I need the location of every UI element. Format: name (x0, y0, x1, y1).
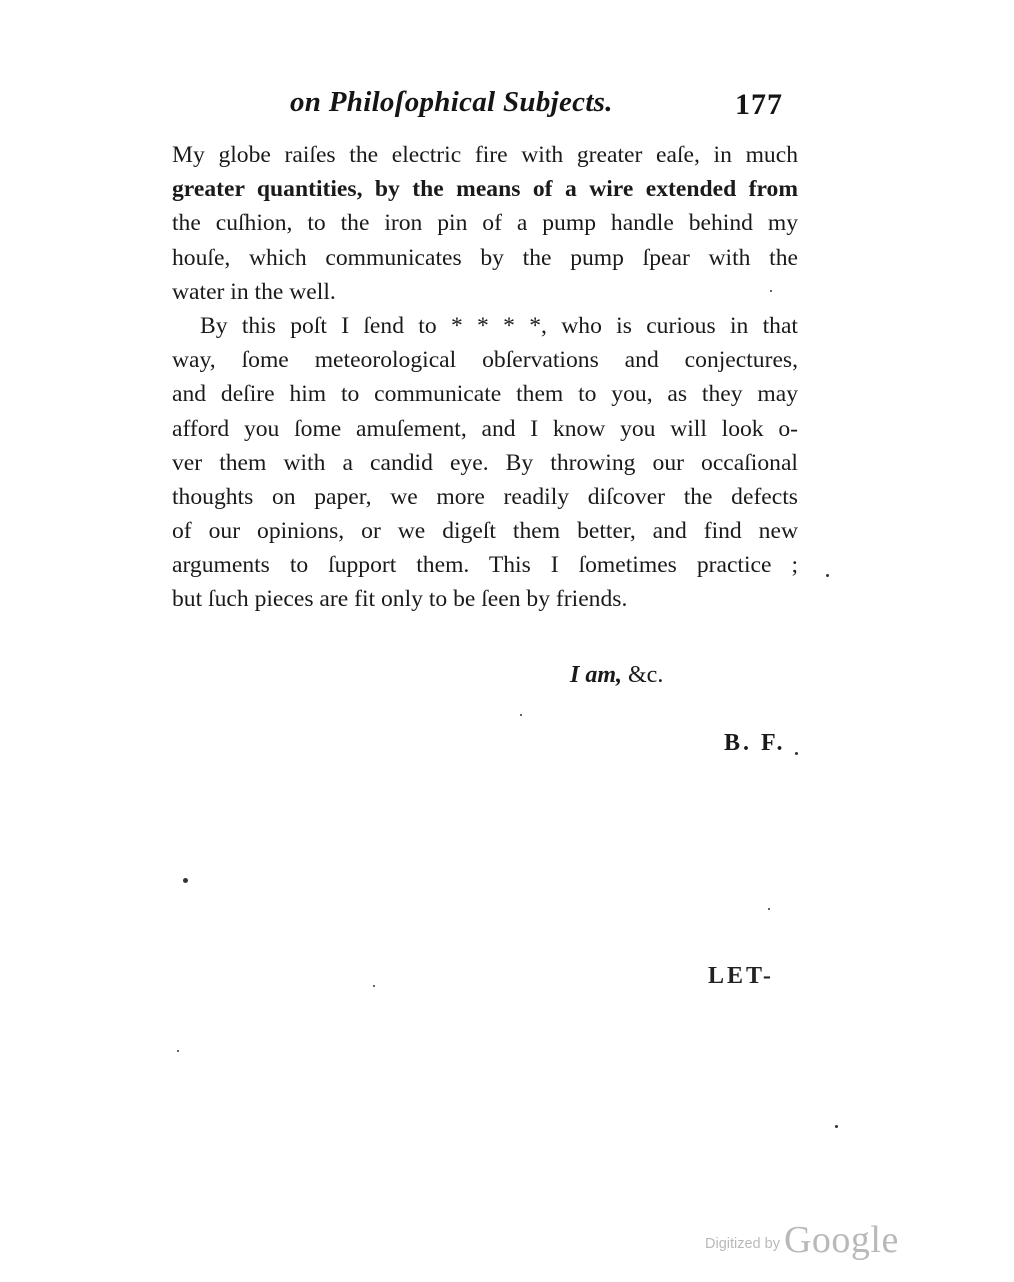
text-line: My globe raiſes the electric fire with g… (172, 138, 798, 172)
text-line: houſe, which communicates by the pump ſp… (172, 241, 798, 275)
closing-salutation: I am, &c. (570, 662, 663, 689)
book-page: on Philoſophical Subjects. 177 My globe … (0, 0, 1014, 1282)
text-line: thoughts on paper, we more readily diſco… (172, 480, 798, 514)
paragraph-1: My globe raiſes the electric fire with g… (172, 138, 798, 309)
scan-speck (520, 714, 522, 716)
scan-speck (768, 908, 770, 910)
text-line: the cuſhion, to the iron pin of a pump h… (172, 206, 798, 240)
scan-speck (177, 1050, 179, 1052)
text-line: arguments to ſupport them. This I ſometi… (172, 548, 798, 582)
body-text: My globe raiſes the electric fire with g… (172, 138, 798, 617)
page-number: 177 (735, 88, 783, 122)
text-line: of our opinions, or we digeſt them bette… (172, 514, 798, 548)
text-line: ver them with a candid eye. By throwing … (172, 446, 798, 480)
text-line: By this poſt I ſend to * * * *, who is c… (172, 309, 798, 343)
scan-speck (826, 574, 829, 577)
google-logo: Google (784, 1219, 899, 1261)
running-title: on Philoſophical Subjects. (290, 86, 613, 119)
scan-speck (373, 985, 375, 987)
scan-speck (835, 1125, 838, 1128)
scan-speck (183, 878, 188, 883)
text-line: way, ſome meteorological obſervations an… (172, 343, 798, 377)
closing-rest: &c. (622, 662, 663, 688)
digitized-by-google-watermark: Digitized by Google (705, 1218, 899, 1262)
text-line: water in the well. (172, 275, 798, 309)
text-line: but ſuch pieces are fit only to be ſeen … (172, 582, 798, 616)
paragraph-2: By this poſt I ſend to * * * *, who is c… (172, 309, 798, 617)
signature: B. F. (724, 730, 785, 757)
catchword: LET- (708, 963, 774, 990)
text-line: and deſire him to communicate them to yo… (172, 377, 798, 411)
closing-italic: I am, (570, 662, 622, 688)
watermark-prefix: Digitized by (705, 1236, 780, 1252)
text-line: afford you ſome amuſement, and I know yo… (172, 412, 798, 446)
scan-speck (795, 752, 798, 755)
text-line: greater quantities, by the means of a wi… (172, 172, 798, 206)
scan-speck (770, 290, 772, 292)
